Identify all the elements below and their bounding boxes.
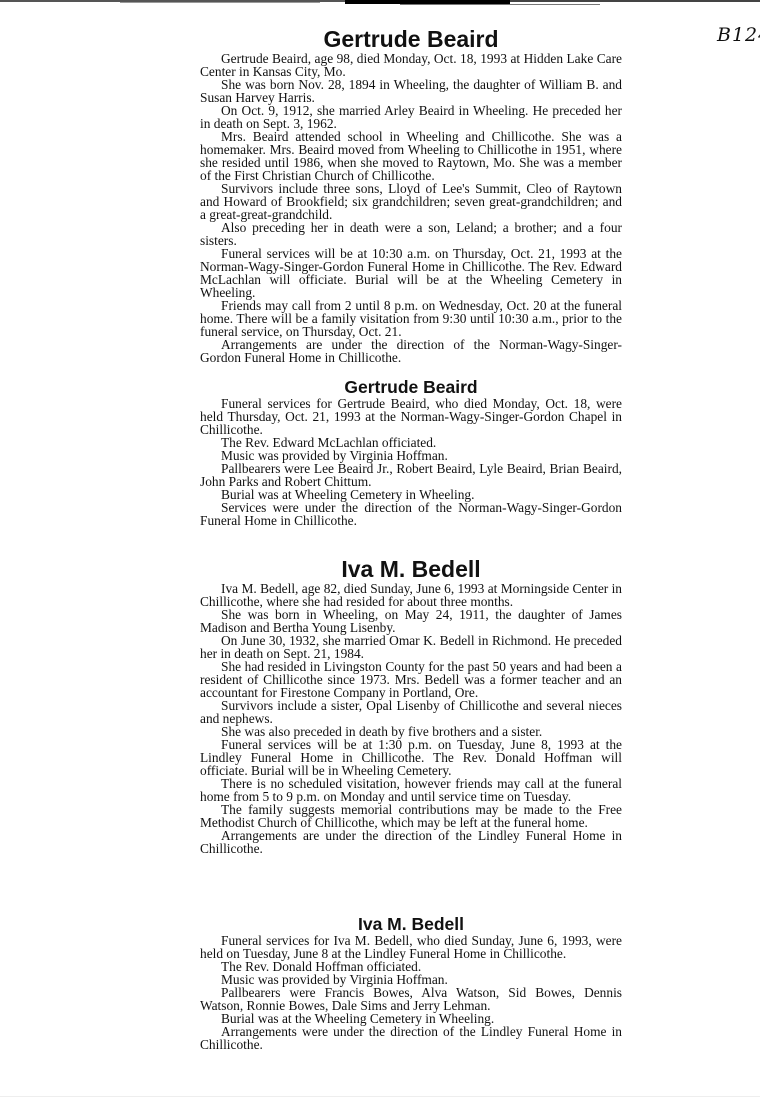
obituary-paragraph: Iva M. Bedell, age 82, died Sunday, June… — [200, 582, 622, 608]
obituary-paragraph: Pallbearers were Francis Bowes, Alva Wat… — [200, 986, 622, 1012]
obituary-paragraph: She was born Nov. 28, 1894 in Wheeling, … — [200, 78, 622, 104]
handwritten-catalog-mark: B124 — [717, 24, 760, 46]
obituary-paragraph: Services were under the direction of the… — [200, 501, 622, 527]
obituary-paragraph: Arrangements were under the direction of… — [200, 1025, 622, 1051]
obituary-paragraph: Gertrude Beaird, age 98, died Monday, Oc… — [200, 52, 622, 78]
obituary-iva-m-bedell: Iva M. Bedell Iva M. Bedell, age 82, die… — [200, 556, 622, 855]
scan-edge-border — [0, 0, 760, 4]
obituary-headline: Gertrude Beaird — [200, 26, 622, 52]
obituary-headline: Iva M. Bedell — [200, 914, 622, 934]
obituary-headline: Gertrude Beaird — [200, 377, 622, 397]
obituary-paragraph: Funeral services will be at 10:30 a.m. o… — [200, 247, 622, 299]
scan-bottom-edge — [0, 1096, 760, 1097]
obituary-paragraph: Arrangements are under the direction of … — [200, 338, 622, 364]
obituary-paragraph: Mrs. Beaird attended school in Wheeling … — [200, 130, 622, 182]
obituary-paragraph: Pallbearers were Lee Beaird Jr., Robert … — [200, 462, 622, 488]
obituary-paragraph: Survivors include three sons, Lloyd of L… — [200, 182, 622, 221]
obituary-paragraph: The family suggests memorial contributio… — [200, 803, 622, 829]
obituary-paragraph: Survivors include a sister, Opal Lisenby… — [200, 699, 622, 725]
funeral-notice-iva-m-bedell: Iva M. Bedell Funeral services for Iva M… — [200, 914, 622, 1051]
obituary-paragraph: Funeral services will be at 1:30 p.m. on… — [200, 738, 622, 777]
obituary-paragraph: There is no scheduled visitation, howeve… — [200, 777, 622, 803]
obituary-paragraph: Funeral services for Gertrude Beaird, wh… — [200, 397, 622, 436]
obituary-paragraph: On Oct. 9, 1912, she married Arley Beair… — [200, 104, 622, 130]
obituary-paragraph: She was born in Wheeling, on May 24, 191… — [200, 608, 622, 634]
obituary-paragraph: On June 30, 1932, she married Omar K. Be… — [200, 634, 622, 660]
obituary-paragraph: Funeral services for Iva M. Bedell, who … — [200, 934, 622, 960]
obituary-paragraph: She had resided in Livingston County for… — [200, 660, 622, 699]
obituary-gertrude-beaird: Gertrude Beaird Gertrude Beaird, age 98,… — [200, 26, 622, 364]
obituary-paragraph: Also preceding her in death were a son, … — [200, 221, 622, 247]
obituary-paragraph: Arrangements are under the direction of … — [200, 829, 622, 855]
funeral-notice-gertrude-beaird: Gertrude Beaird Funeral services for Ger… — [200, 377, 622, 527]
obituary-paragraph: Friends may call from 2 until 8 p.m. on … — [200, 299, 622, 338]
obituary-headline: Iva M. Bedell — [200, 556, 622, 582]
